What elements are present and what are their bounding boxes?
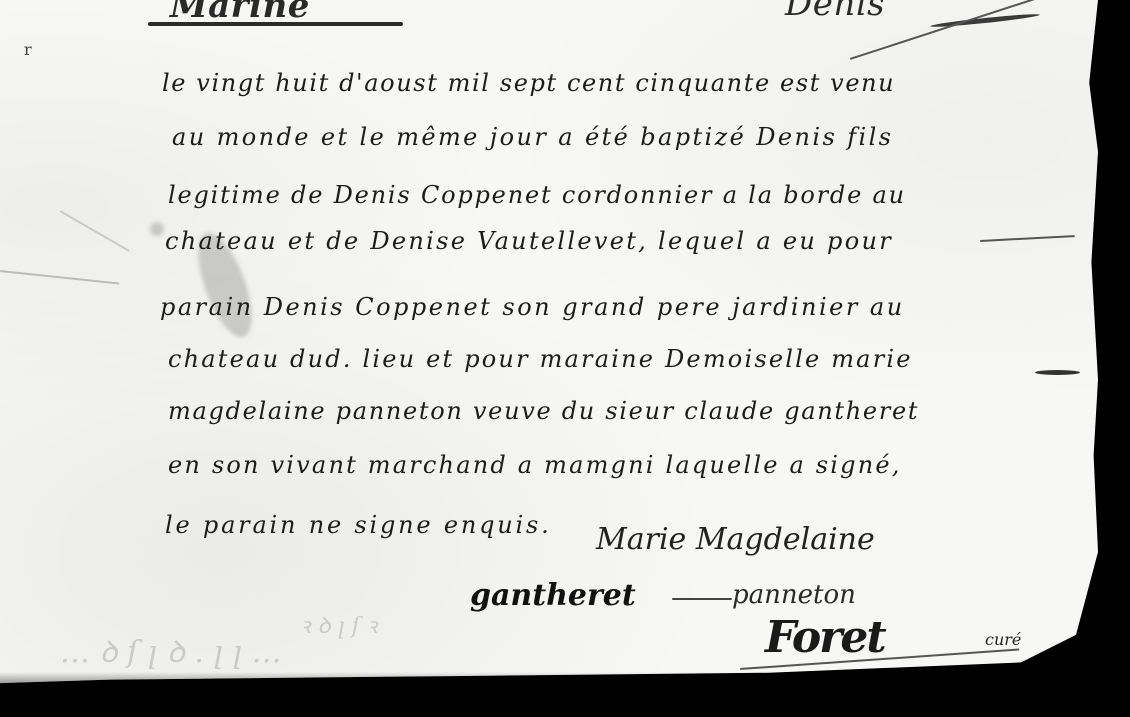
body-line-8: en son vivant marchand a mamgni laquelle… — [168, 450, 902, 480]
body-line-4: chateau et de Denise Vautellevet, lequel… — [165, 226, 893, 256]
body-line-9: le parain ne signe enquis. — [165, 510, 552, 540]
bleed-through-stroke — [0, 270, 119, 285]
signature-priest-title: curé — [985, 630, 1021, 649]
line-end-flourish — [980, 235, 1075, 242]
ink-stain — [150, 222, 164, 236]
body-line-1: le vingt huit d'aoust mil sept cent cinq… — [162, 68, 895, 98]
signature-priest: Foret — [765, 612, 885, 663]
body-line-7: magdelaine panneton veuve du sieur claud… — [168, 396, 919, 426]
header-right-name: Denis — [785, 0, 885, 24]
line-end-flourish — [1035, 370, 1080, 375]
signature-gantheret: gantheret — [470, 578, 636, 613]
bleed-through-stroke — [60, 210, 130, 252]
signature-marie-magdelaine: Marie Magdelaine — [596, 522, 875, 557]
body-line-3: legitime de Denis Coppenet cordonnier a … — [168, 180, 906, 210]
body-line-6: chateau dud. lieu et pour maraine Demois… — [168, 344, 913, 374]
signature-panneton: panneton — [732, 580, 856, 610]
bleed-through-text: ꝛ ꝺ ꞁ ſ ꝛ — [300, 610, 377, 640]
header-underline — [148, 22, 403, 26]
body-line-5: parain Denis Coppenet son grand pere jar… — [160, 292, 905, 322]
page-bottom-edge — [0, 672, 1060, 690]
bleed-through-text: … ꝺ ſ ꞁ ꝺ . ꞁ ꞁ … — [60, 630, 282, 671]
manuscript-page: r … ꝺ ſ ꞁ ꝺ . ꞁ ꞁ … ꝛ ꝺ ꞁ ſ ꝛ Marine Den… — [0, 0, 1098, 690]
signature-connector — [672, 598, 732, 600]
margin-mark: r — [24, 40, 32, 59]
body-line-2: au monde et le même jour a été baptizé D… — [172, 122, 893, 152]
